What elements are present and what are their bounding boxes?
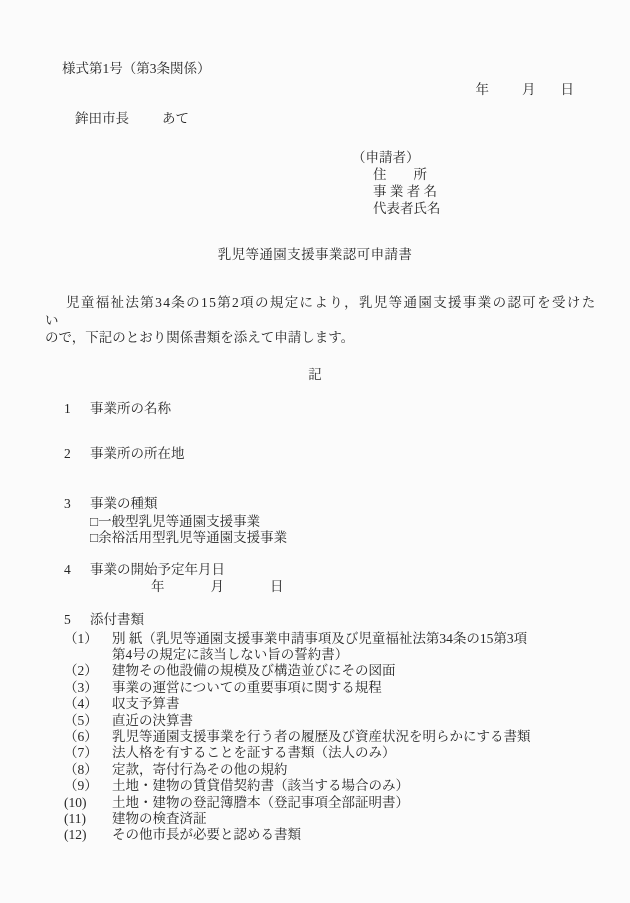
attachment-number: (11) <box>64 811 112 827</box>
attachment-text: 建物の検査済証 <box>112 811 207 827</box>
attachment-text-line1: 別 紙（乳児等通園支援事業申請事項及び児童福祉法第34条の15第3項 <box>112 631 527 646</box>
attachment-text: その他市長が必要と認める書類 <box>112 827 301 843</box>
option-surplus-type: □余裕活用型乳児等通園支援事業 <box>90 530 630 547</box>
body-line-1: 児童福祉法第34条の15第2項の規定により，乳児等通園支援事業の認可を受けたい <box>45 294 601 329</box>
attachment-text: 収支予算書 <box>112 696 180 712</box>
item-label: 事業の開始予定年月日 <box>90 563 225 577</box>
list-item-1: 1 事業所の名称 <box>64 402 630 416</box>
attachment-text: 乳児等通園支援事業を行う者の履歴及び資産状況を明らかにする書類 <box>112 729 531 745</box>
attachment-text: 土地・建物の登記簿謄本（登記事項全部証明書） <box>112 795 409 811</box>
body-line-2: ので，下記のとおり関係書類を添えて申請します。 <box>45 329 601 347</box>
attachment-item: （3） 事業の運営についての重要事項に関する規程 <box>64 680 630 696</box>
attachment-text: 定款，寄付行為その他の規約 <box>112 762 288 778</box>
attachment-item: （6） 乳児等通園支援事業を行う者の履歴及び資産状況を明らかにする書類 <box>64 729 630 745</box>
attachment-text: 法人格を有することを証する書類（法人のみ） <box>112 745 396 761</box>
date-day-label: 日 <box>561 82 575 97</box>
applicant-business-name-label: 事 業 者 名 <box>373 183 630 200</box>
attachment-number: (10) <box>64 795 112 811</box>
item-number: 4 <box>64 563 90 577</box>
option-general-type: □一般型乳児等通園支援事業 <box>90 514 630 531</box>
ki-mark: 記 <box>0 368 630 382</box>
attachment-item: (10) 土地・建物の登記簿謄本（登記事項全部証明書） <box>64 795 630 811</box>
date-year-label: 年 <box>151 579 165 594</box>
form-number: 様式第1号（第3条関係） <box>62 62 630 76</box>
attachment-item: （9） 土地・建物の賃貸借契約書（該当する場合のみ） <box>64 778 630 794</box>
attachment-item: （7） 法人格を有することを証する書類（法人のみ） <box>64 745 630 761</box>
option-label: 余裕活用型乳児等通園支援事業 <box>98 530 287 545</box>
attachment-number: （9） <box>64 778 112 794</box>
date-month-label: 月 <box>211 579 225 594</box>
attachment-number: （4） <box>64 696 112 712</box>
list-item-5: 5 添付書類 <box>64 613 630 627</box>
date-line: 年月日 <box>0 83 630 97</box>
checkbox-icon: □ <box>90 530 98 545</box>
item-label: 事業の種類 <box>90 497 158 511</box>
item-label: 事業所の名称 <box>90 402 171 416</box>
list-item-4: 4 事業の開始予定年月日 <box>64 563 630 577</box>
start-date-line: 年月日 <box>90 580 630 594</box>
item-number: 3 <box>64 497 90 511</box>
addressee-line: 鉾田市長あて <box>75 112 630 126</box>
item-number: 5 <box>64 613 90 627</box>
applicant-address-label: 住 所 <box>373 166 630 183</box>
attachment-text: 直近の決算書 <box>112 713 193 729</box>
attachment-number: （3） <box>64 680 112 696</box>
attachment-number: (12) <box>64 827 112 843</box>
attachment-item: （4） 収支予算書 <box>64 696 630 712</box>
applicant-fields: 住 所 事 業 者 名 代表者氏名 <box>373 166 630 217</box>
option-label: 一般型乳児等通園支援事業 <box>98 514 260 529</box>
attachment-item: （1） 別 紙（乳児等通園支援事業申請事項及び児童福祉法第34条の15第3項第4… <box>64 631 630 664</box>
business-type-options: □一般型乳児等通園支援事業 □余裕活用型乳児等通園支援事業 <box>90 514 630 547</box>
attachment-text-line2: 第4号の規定に該当しない旨の誓約書） <box>112 647 527 663</box>
list-item-2: 2 事業所の所在地 <box>64 447 630 461</box>
body-paragraph: 児童福祉法第34条の15第2項の規定により，乳児等通園支援事業の認可を受けたい … <box>45 294 601 347</box>
checkbox-icon: □ <box>90 514 98 529</box>
attachment-number: （6） <box>64 729 112 745</box>
applicant-block: （申請者） 住 所 事 業 者 名 代表者氏名 <box>352 149 630 217</box>
addressee-suffix: あて <box>162 111 189 126</box>
applicant-representative-label: 代表者氏名 <box>373 200 630 217</box>
attachment-item: (11) 建物の検査済証 <box>64 811 630 827</box>
item-label: 添付書類 <box>90 613 144 627</box>
attachment-list: （1） 別 紙（乳児等通園支援事業申請事項及び児童福祉法第34条の15第3項第4… <box>0 631 630 844</box>
list-item-3: 3 事業の種類 <box>64 497 630 511</box>
attachment-text: 別 紙（乳児等通園支援事業申請事項及び児童福祉法第34条の15第3項第4号の規定… <box>112 631 527 664</box>
attachment-number: （1） <box>64 631 112 664</box>
attachment-number: （7） <box>64 745 112 761</box>
attachment-item: (12) その他市長が必要と認める書類 <box>64 827 630 843</box>
date-year-label: 年 <box>476 82 490 97</box>
attachment-item: （8） 定款，寄付行為その他の規約 <box>64 762 630 778</box>
item-label: 事業所の所在地 <box>90 447 185 461</box>
attachment-number: （2） <box>64 663 112 679</box>
item-number: 2 <box>64 447 90 461</box>
attachment-text: 事業の運営についての重要事項に関する規程 <box>112 680 382 696</box>
document-title: 乳児等通園支援事業認可申請書 <box>0 248 630 262</box>
attachment-item: （2） 建物その他設備の規模及び構造並びにその図面 <box>64 663 630 679</box>
addressee-name: 鉾田市長 <box>75 111 129 126</box>
item-number: 1 <box>64 402 90 416</box>
attachment-text: 建物その他設備の規模及び構造並びにその図面 <box>112 663 396 679</box>
applicant-label: （申請者） <box>352 149 630 166</box>
attachment-number: （8） <box>64 762 112 778</box>
date-month-label: 月 <box>522 82 536 97</box>
attachment-item: （5） 直近の決算書 <box>64 713 630 729</box>
attachment-text: 土地・建物の賃貸借契約書（該当する場合のみ） <box>112 778 409 794</box>
attachment-number: （5） <box>64 713 112 729</box>
application-form-page: 様式第1号（第3条関係） 年月日 鉾田市長あて （申請者） 住 所 事 業 者 … <box>0 0 630 903</box>
date-day-label: 日 <box>270 579 284 594</box>
